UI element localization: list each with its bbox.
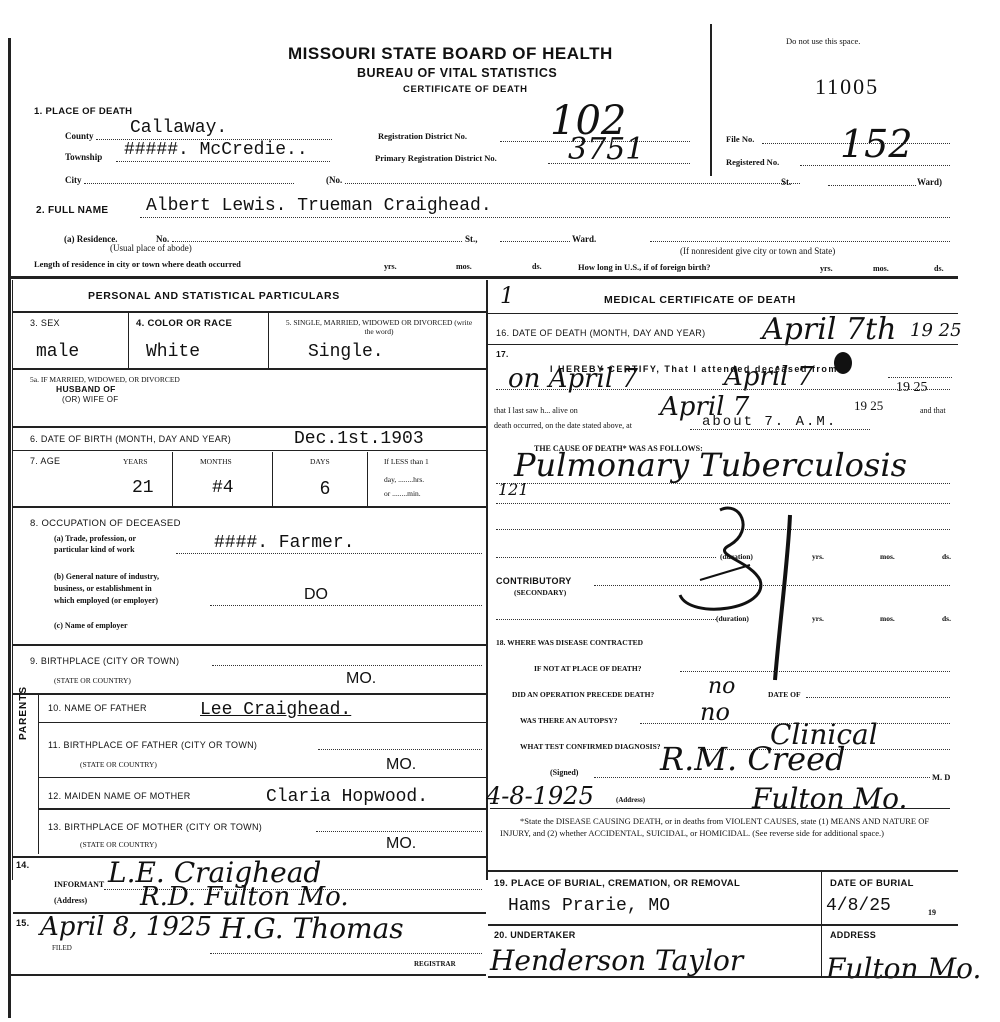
how-long-ds-label: ds.: [934, 264, 944, 273]
and-that-label: and that: [920, 406, 946, 415]
registered-no-value: 152: [840, 122, 913, 166]
row-16-rule: [488, 344, 958, 345]
attended-from-field[interactable]: [888, 370, 952, 378]
full-name-label: 2. FULL NAME: [36, 205, 108, 216]
undertaker-label: 20. UNDERTAKER: [494, 930, 576, 940]
row-8-rule: [13, 644, 486, 646]
marital-label: 5. SINGLE, MARRIED, WIDOWED OR DIVORCED …: [284, 318, 474, 336]
occ-b-label-1: (b) General nature of industry,: [54, 572, 159, 581]
not-at-place-field[interactable]: [680, 664, 950, 672]
row-10-rule: [38, 722, 486, 723]
informant-address-label: (Address): [54, 896, 87, 905]
father-label: 10. NAME OF FATHER: [48, 703, 147, 713]
mother-value[interactable]: Claria Hopwood.: [266, 787, 428, 807]
row-7-rule: [13, 506, 486, 508]
personal-heading-rule: [13, 311, 486, 313]
nonresident-field[interactable]: [650, 232, 950, 242]
full-name-value: Albert Lewis. Trueman Craighead.: [146, 196, 492, 216]
signed-date: 4-8-1925: [486, 782, 594, 810]
sex-label: 3. SEX: [30, 318, 60, 328]
spouse-label-2: HUSBAND OF: [56, 384, 116, 394]
color-value[interactable]: White: [146, 342, 200, 362]
last-saw-label: that I last saw h... alive on: [494, 406, 578, 415]
township-value: #####. McCredie..: [124, 140, 308, 160]
residence-ward-label: Ward.: [572, 234, 596, 244]
filed-label: FILED: [52, 944, 72, 952]
death-time-value: about 7. A.M.: [702, 414, 837, 430]
operation-value[interactable]: no: [708, 674, 735, 699]
residence-no-field[interactable]: [172, 232, 462, 242]
color-label: 4. COLOR OR RACE: [136, 318, 232, 329]
birthplace-label: 9. BIRTHPLACE (CITY OR TOWN): [30, 656, 179, 666]
days-label: DAYS: [310, 457, 330, 466]
operation-label: DID AN OPERATION PRECEDE DEATH?: [512, 690, 654, 699]
abode-note: (Usual place of abode): [110, 243, 192, 253]
test-label: WHAT TEST CONFIRMED DIAGNOSIS?: [520, 742, 661, 751]
city-label: City: [65, 175, 82, 185]
father-bp-label: 11. BIRTHPLACE OF FATHER (CITY OR TOWN): [48, 740, 257, 750]
dod-label: 16. DATE OF DEATH (MONTH, DAY AND YEAR): [496, 328, 705, 338]
date-of-label: DATE OF: [768, 690, 801, 699]
months-divider: [272, 452, 273, 506]
marital-value[interactable]: Single.: [308, 342, 384, 362]
reg-district-label: Registration District No.: [378, 131, 467, 141]
mother-bp-value[interactable]: MO.: [386, 835, 416, 853]
mother-bp-state-label: (STATE OR COUNTRY): [80, 840, 157, 849]
last-saw-year: 19 25: [854, 398, 883, 414]
row-11-rule: [38, 777, 486, 778]
burial-date-label: DATE OF BURIAL: [830, 878, 914, 889]
city-no-field[interactable]: [345, 174, 800, 184]
burial-address-value[interactable]: Fulton Mo.: [826, 952, 981, 985]
father-value[interactable]: Lee Craighead.: [200, 700, 351, 720]
length-residence-label: Length of residence in city or town wher…: [34, 259, 241, 269]
burial-place-label: 19. PLACE OF BURIAL, CREMATION, OR REMOV…: [494, 878, 740, 889]
where-contracted-label: 18. WHERE WAS DISEASE CONTRACTED: [496, 638, 643, 647]
signed-label: (Signed): [550, 768, 578, 777]
burial-date-suffix: 19: [928, 908, 936, 917]
color-divider: [268, 312, 269, 368]
row-3-rule: [13, 368, 486, 370]
row-9-rule: [13, 693, 486, 695]
how-long-label: How long in U.S., if of foreign birth?: [578, 262, 711, 272]
personal-heading: PERSONAL AND STATISTICAL PARTICULARS: [88, 290, 340, 302]
parents-label: PARENTS: [18, 686, 29, 740]
date-of-field[interactable]: [806, 690, 950, 698]
do-not-use-note: Do not use this space.: [786, 36, 860, 46]
city-ward-label: Ward): [917, 177, 942, 187]
birthplace-value[interactable]: MO.: [346, 670, 376, 688]
less-label-2: day, ........hrs.: [384, 475, 424, 484]
township-label: Township: [65, 152, 102, 162]
length-yrs-label: yrs.: [384, 262, 397, 271]
footnote-rule: [488, 870, 958, 872]
occ-b-field[interactable]: [210, 596, 482, 606]
city-field[interactable]: [84, 174, 294, 184]
stamp-number: 11005: [815, 74, 879, 100]
md-label: M. D: [932, 772, 950, 782]
length-ds-label: ds.: [532, 262, 542, 271]
registrar-signature: H.G. Thomas: [220, 912, 404, 945]
death-occurred-label: death occurred, on the date stated above…: [494, 421, 632, 430]
autopsy-value: no: [700, 698, 730, 726]
left-inner-border: [12, 280, 13, 880]
row-15-rule: [10, 974, 486, 976]
county-label: County: [65, 131, 94, 141]
dod-value[interactable]: April 7th: [762, 312, 896, 347]
bottom-rule: [488, 976, 958, 978]
occ-b-label-2: business, or establishment in: [54, 584, 152, 593]
burial-address-label: ADDRESS: [830, 930, 876, 940]
city-st-label: St.: [781, 177, 791, 187]
occ-a-label-1: (a) Trade, profession, or: [54, 534, 136, 543]
days-value[interactable]: 6: [320, 478, 330, 499]
birthplace-city-field[interactable]: [212, 656, 482, 666]
dod-year: 19 25: [910, 320, 962, 341]
primary-reg-value: 3751: [568, 132, 644, 167]
dob-value[interactable]: Dec.1st.1903: [294, 429, 424, 449]
row-5a-rule: [13, 426, 486, 428]
address-label: (Address): [616, 796, 645, 804]
file-no-label: File No.: [726, 134, 754, 144]
certificate-title: CERTIFICATE OF DEATH: [403, 84, 528, 95]
footnote: *State the DISEASE CAUSING DEATH, or in …: [500, 816, 952, 839]
medical-heading: MEDICAL CERTIFICATE OF DEATH: [604, 294, 796, 306]
cause-value: Pulmonary Tuberculosis: [514, 446, 907, 484]
spouse-label-3: (OR) WIFE OF: [62, 395, 118, 404]
less-label-3: or ........min.: [384, 489, 421, 498]
autopsy-label: WAS THERE AN AUTOPSY?: [520, 716, 617, 725]
nonresident-note: (If nonresident give city or town and St…: [680, 246, 835, 256]
occ-b-value: DO: [304, 586, 328, 604]
spouse-field[interactable]: [150, 380, 480, 416]
burial-rule: [488, 924, 958, 926]
occ-a-label-2: particular kind of work: [54, 545, 135, 554]
less-label-1: If LESS than 1: [384, 457, 429, 466]
bureau-title: BUREAU OF VITAL STATISTICS: [357, 66, 557, 80]
county-value: Callaway.: [130, 118, 227, 138]
burial-place-value[interactable]: Hams Prarie, MO: [508, 896, 670, 916]
father-bp-state-label: (STATE OR COUNTRY): [80, 760, 157, 769]
informant-address-value: R.D. Fulton Mo.: [140, 882, 349, 912]
occ-c-label: (c) Name of employer: [54, 621, 128, 630]
medical-mark: 1: [500, 284, 514, 309]
father-bp-value[interactable]: MO.: [386, 756, 416, 774]
dob-label: 6. DATE OF BIRTH (MONTH, DAY AND YEAR): [30, 434, 231, 444]
registrar-field[interactable]: [210, 944, 482, 954]
header-bottom-rule: [10, 276, 958, 279]
attended-range-field[interactable]: [496, 386, 950, 390]
father-bp-city-field[interactable]: [318, 740, 482, 750]
age-label: 7. AGE: [30, 456, 60, 466]
place-of-death-label: 1. PLACE OF DEATH: [34, 106, 132, 117]
years-divider: [172, 452, 173, 506]
filed-value: April 8, 1925: [40, 912, 212, 942]
row-6-rule: [13, 450, 486, 451]
registered-no-label: Registered No.: [726, 157, 779, 167]
registrar-label: REGISTRAR: [414, 960, 456, 968]
parents-divider: [38, 694, 39, 854]
mother-bp-city-field[interactable]: [316, 822, 482, 832]
signed-value: R.M. Creed: [660, 740, 846, 778]
informant-num: 14.: [16, 860, 29, 870]
how-long-mos-label: mos.: [873, 264, 889, 273]
days-divider: [367, 452, 368, 506]
occupation-label: 8. OCCUPATION OF DECEASED: [30, 518, 181, 529]
years-label: YEARS: [123, 457, 148, 466]
contributory-label: CONTRIBUTORY: [496, 576, 572, 586]
secondary-label: (SECONDARY): [514, 588, 566, 597]
undertaker-value[interactable]: Henderson Taylor: [490, 944, 743, 977]
sex-value[interactable]: male: [36, 342, 79, 362]
filed-num: 15.: [16, 918, 29, 928]
months-label: MONTHS: [200, 457, 232, 466]
birthplace-state-label: (STATE OR COUNTRY): [54, 676, 131, 685]
informant-label: INFORMANT: [54, 880, 104, 889]
left-border: [8, 38, 11, 1018]
months-value[interactable]: #4: [212, 478, 234, 498]
city-ward-field[interactable]: [828, 176, 916, 186]
form-title: MISSOURI STATE BOARD OF HEALTH: [288, 44, 613, 64]
mother-label: 12. MAIDEN NAME OF MOTHER: [48, 791, 191, 801]
header-divider: [710, 24, 712, 176]
residence-ward-field[interactable]: [500, 232, 570, 242]
length-mos-label: mos.: [456, 262, 472, 271]
primary-reg-label: Primary Registration District No.: [375, 153, 497, 163]
item-17-label: 17.: [496, 349, 509, 359]
mother-bp-label: 13. BIRTHPLACE OF MOTHER (CITY OR TOWN): [48, 822, 262, 832]
residence-st-label: St.,: [465, 234, 478, 244]
ink-blot: [834, 352, 852, 374]
burial-date-value[interactable]: 4/8/25: [826, 896, 891, 916]
city-no-label: (No.: [326, 175, 342, 185]
signed-address-rule: [490, 808, 950, 809]
occ-b-label-3: which employed (or employer): [54, 596, 158, 605]
sex-divider: [128, 312, 129, 368]
not-at-place-label: IF NOT AT PLACE OF DEATH?: [534, 664, 641, 673]
how-long-yrs-label: yrs.: [820, 264, 833, 273]
address-value: Fulton Mo.: [752, 782, 907, 815]
row-12-rule: [38, 808, 486, 810]
years-value[interactable]: 21: [132, 478, 154, 498]
occ-a-value: ####. Farmer.: [214, 533, 354, 553]
